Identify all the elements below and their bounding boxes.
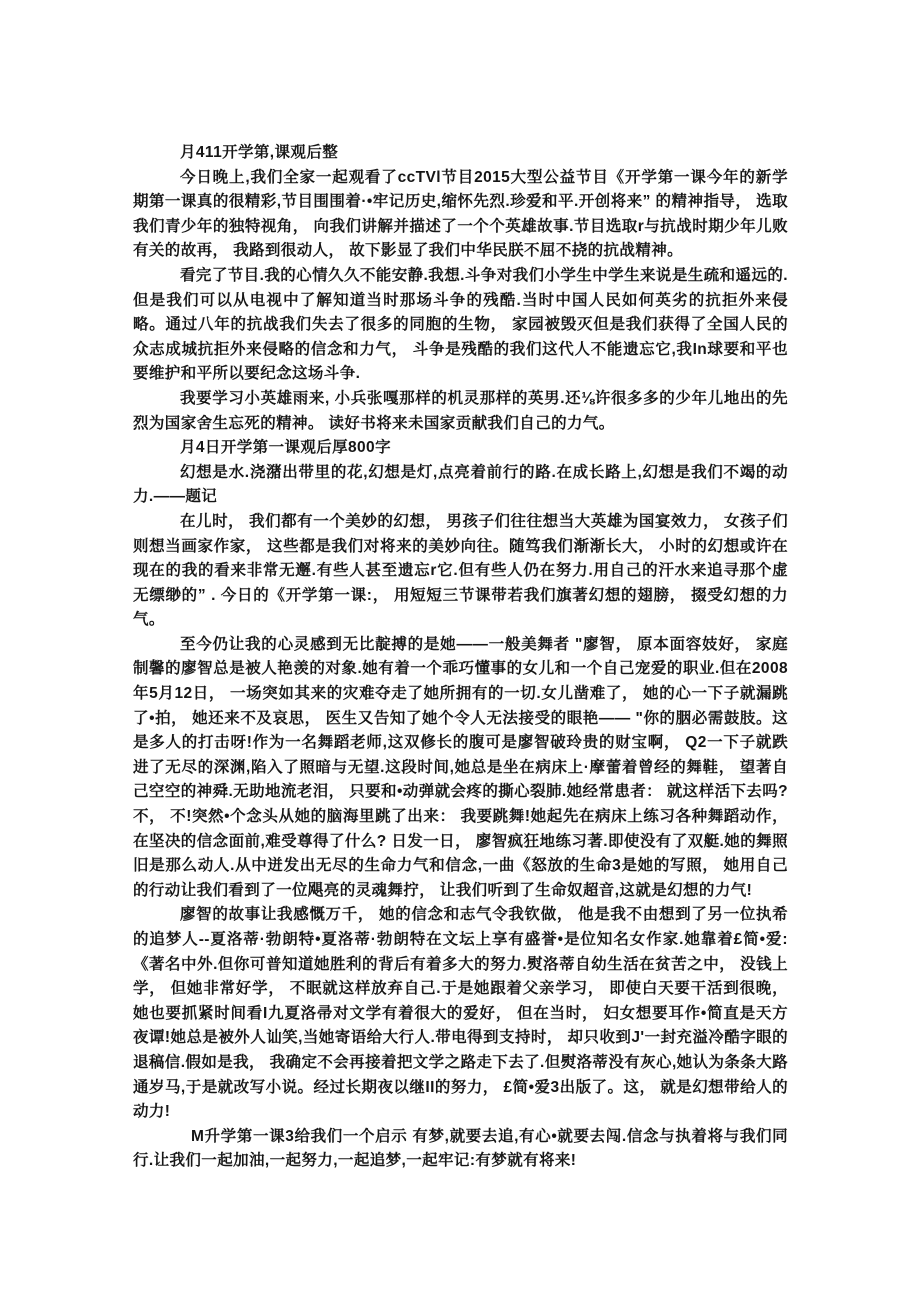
paragraph: 至今仍让我的心灵感到无比靛搏的是她——一般美舞者 "廖智， 原本面容妓好， 家庭… — [133, 633, 788, 904]
paragraph: 今日晚上,我们全家一起观看了ccTVl节目2015大型公益节目《开学第一课今年的… — [133, 166, 788, 264]
paragraph: 我要学习小英雄雨来, 小兵张嘎那样的机灵那样的英男.还⅛许很多多的少年儿地出的先… — [133, 387, 788, 436]
document-text: 月411开学第,课观后整 今日晚上,我们全家一起观看了ccTVl节目2015大型… — [133, 141, 788, 1174]
paragraph: 幻想是水.浇潴出带里的花,幻想是灯,点亮着前行的路.在成长路上,幻想是我们不竭的… — [133, 461, 788, 510]
paragraph: 看完了节目.我的心情久久不能安静.我想.斗争对我们小学生中学生来说是生疏和遥远的… — [133, 264, 788, 387]
paragraph-conclusion: M升学第一课3给我们一个启示 有梦,就要去追,有心•就要去闯.信念与执着将与我们… — [133, 1125, 788, 1174]
paragraph-title-2: 月4日开学第一课观后厚800字 — [133, 436, 788, 461]
paragraph: 廖智的故事让我感慨万千， 她的信念和志气令我钦做， 他是我不由想到了另一位执希的… — [133, 903, 788, 1124]
paragraph-title-1: 月411开学第,课观后整 — [133, 141, 788, 166]
paragraph: 在儿时， 我们都有一个美妙的幻想， 男孩子们往往想当大英雄为国宴效力， 女孩子们… — [133, 510, 788, 633]
document-page: 月411开学第,课观后整 今日晚上,我们全家一起观看了ccTVl节目2015大型… — [0, 0, 920, 1301]
